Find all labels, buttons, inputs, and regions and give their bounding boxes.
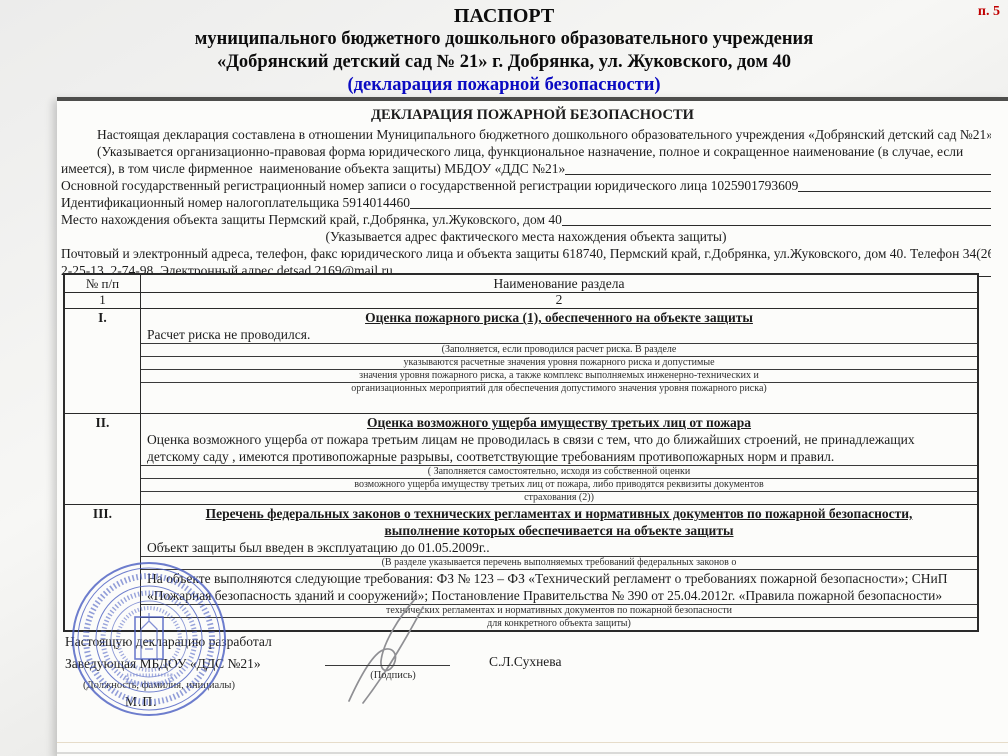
section-2-body: Оценка возможного ущерба от пожара треть… [141, 431, 977, 465]
section-1-note: организационных мероприятий для обеспече… [141, 382, 977, 395]
section-1-note: значения уровня пожарного риска, а также… [141, 369, 977, 382]
inn-line: Идентификационный номер налогоплательщик… [61, 194, 991, 211]
signature-note: (Подпись) [333, 670, 453, 681]
section-1-note: (Заполняется, если проводился расчет рис… [141, 343, 977, 356]
ogrn-value: 1025901793609 [711, 177, 799, 194]
section-2-note: ( Заполняется самостоятельно, исходя из … [141, 465, 977, 478]
section-2-note: возможного ущерба имуществу третьих лиц … [141, 478, 977, 491]
col-section-index: 2 [141, 293, 977, 308]
declaration-form-fields: Настоящая декларация составлена в отноше… [61, 126, 991, 279]
official-stamp [69, 559, 229, 719]
institution-address-line: «Добрянский детский сад № 21» г. Добрянк… [0, 51, 1008, 74]
section-3-body2: На объекте выполняются следующие требова… [141, 569, 977, 604]
section-3-body1: Объект защиты был введен в эксплуатацию … [141, 539, 977, 556]
location-value: Пермский край, г.Добрянка, ул.Жуковского… [268, 211, 561, 228]
table-row-section-2: II. Оценка возможного ущерба имуществу т… [65, 413, 977, 504]
section-3-note1: (В разделе указывается перечень выполняе… [141, 556, 977, 569]
signature-line [325, 665, 450, 666]
handwritten-signature [319, 595, 469, 705]
contacts-line1: Почтовый и электронный адреса, телефон, … [61, 245, 991, 262]
section-2-number: II. [65, 414, 141, 504]
document-title: ДЕКЛАРАЦИЯ ПОЖАРНОЙ БЕЗОПАСНОСТИ [57, 107, 1008, 124]
table-header-row: № п/п Наименование раздела [65, 275, 977, 292]
table-row-section-1: I. Оценка пожарного риска (1), обеспечен… [65, 308, 977, 413]
inn-value: 5914014460 [342, 194, 410, 211]
section-2-title: Оценка возможного ущерба имуществу треть… [141, 414, 977, 431]
org-note-line1: (Указывается организационно-правовая фор… [61, 143, 991, 160]
location-line: Место нахождения объекта защиты Пермский… [61, 211, 991, 228]
col-number-index: 1 [65, 293, 141, 308]
section-2-note: страхования (2)) [141, 491, 977, 504]
slide-header: ПАСПОРТ муниципального бюджетного дошкол… [0, 5, 1008, 97]
table-subheader-row: 1 2 [65, 292, 977, 308]
section-3-note2: технических регламентах и нормативных до… [141, 604, 977, 617]
scanned-document-page: ДЕКЛАРАЦИЯ ПОЖАРНОЙ БЕЗОПАСНОСТИ Настоящ… [57, 97, 1008, 756]
page-bottom-edge-artifact [57, 752, 1008, 754]
col-number-header: № п/п [65, 275, 141, 292]
page-bottom-edge-artifact [57, 742, 1008, 743]
organization-full-name-value: Муниципального бюджетного дошкольного об… [376, 126, 991, 143]
col-section-name-header: Наименование раздела [141, 275, 977, 292]
contacts-value-part1: 618740, Пермский край, г.Добрянка, ул.Жу… [563, 245, 991, 262]
ogrn-line: Основной государственный регистрационный… [61, 177, 991, 194]
institution-name-line: муниципального бюджетного дошкольного об… [0, 28, 1008, 51]
section-1-title: Оценка пожарного риска (1), обеспеченног… [141, 309, 977, 326]
signer-name: С.Л.Сухнева [489, 653, 561, 670]
section-1-body: Расчет риска не проводился. [141, 326, 977, 343]
location-note: (Указывается адрес фактического места на… [61, 228, 991, 245]
section-3-note3: для конкретного объекта защиты) [141, 617, 977, 630]
intro-line: Настоящая декларация составлена в отноше… [61, 126, 991, 143]
declaration-subtitle: (декларация пожарной безопасности) [0, 74, 1008, 97]
section-3-title-line1: Перечень федеральных законов о техническ… [141, 505, 977, 522]
section-3-title-line2: выполнение которых обеспечивается на объ… [141, 522, 977, 539]
org-note-line2: имеется), в том числе фирменное наименов… [61, 160, 991, 177]
section-1-note: указываются расчетные значения уровня по… [141, 356, 977, 369]
section-1-number: I. [65, 309, 141, 413]
organization-short-name-value: МБДОУ «ДДС №21» [444, 160, 565, 177]
passport-title: ПАСПОРТ [0, 5, 1008, 28]
